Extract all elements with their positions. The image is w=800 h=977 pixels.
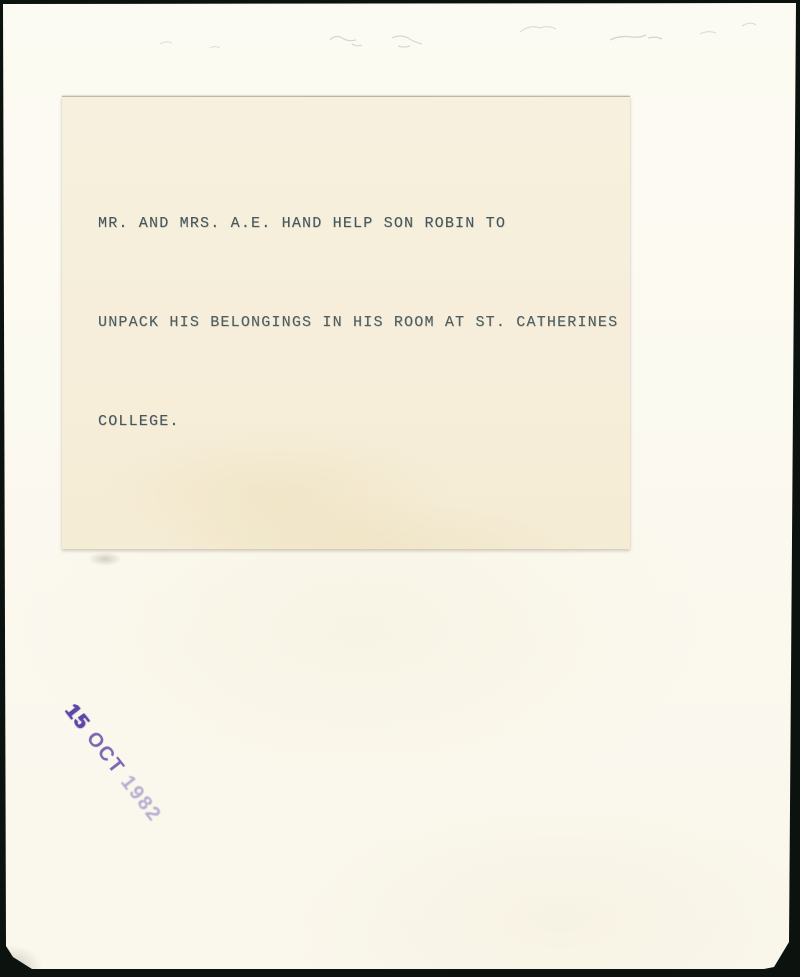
- photo-scan: MR. AND MRS. A.E. HAND HELP SON ROBIN TO…: [0, 0, 800, 977]
- pencil-smudge: [88, 552, 122, 566]
- caption-line-1: MR. AND MRS. A.E. HAND HELP SON ROBIN TO: [98, 207, 618, 240]
- date-stamp-year: 1982: [116, 772, 166, 827]
- date-stamp: 15 OCT 1982: [60, 701, 166, 827]
- caption-line-2: UNPACK HIS BELONGINGS IN HIS ROOM AT ST.…: [98, 306, 618, 339]
- caption-line-3: COLLEGE.: [98, 405, 618, 438]
- photo-backing-board: MR. AND MRS. A.E. HAND HELP SON ROBIN TO…: [0, 0, 800, 977]
- corner-curl: [8, 941, 48, 969]
- pencil-scribbles: [0, 0, 800, 70]
- caption-text: MR. AND MRS. A.E. HAND HELP SON ROBIN TO…: [98, 141, 618, 504]
- typed-caption-slip: MR. AND MRS. A.E. HAND HELP SON ROBIN TO…: [62, 96, 630, 549]
